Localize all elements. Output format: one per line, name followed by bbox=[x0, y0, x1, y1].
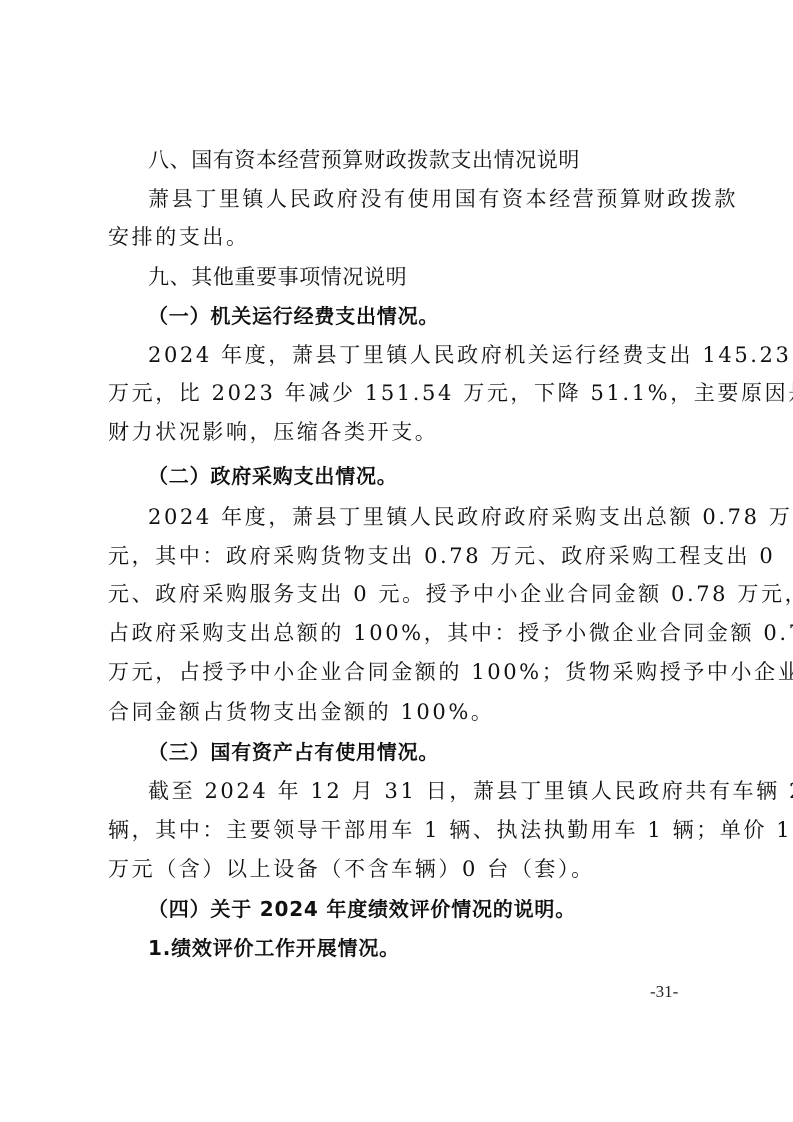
section-heading-8: 八、国有资本经营预算财政拨款支出情况说明 bbox=[148, 145, 738, 175]
page-number: -31- bbox=[650, 982, 678, 1002]
paragraph-line: 截至 2024 年 12 月 31 日，萧县丁里镇人民政府共有车辆 2 bbox=[148, 776, 738, 806]
section-heading-9: 九、其他重要事项情况说明 bbox=[148, 262, 738, 292]
paragraph-line: 安排的支出。 bbox=[108, 222, 698, 252]
paragraph-line: 萧县丁里镇人民政府没有使用国有资本经营预算财政拨款 bbox=[148, 184, 738, 214]
subsection-heading-1: （一）机关运行经费支出情况。 bbox=[148, 301, 738, 331]
paragraph-line: 元，其中：政府采购货物支出 0.78 万元、政府采购工程支出 0 bbox=[108, 541, 698, 571]
paragraph-line: 合同金额占货物支出金额的 100%。 bbox=[108, 697, 698, 727]
subsection-heading-2: （二）政府采购支出情况。 bbox=[148, 461, 738, 491]
document-page: 八、国有资本经营预算财政拨款支出情况说明 萧县丁里镇人民政府没有使用国有资本经营… bbox=[0, 0, 793, 1122]
paragraph-line: 财力状况影响，压缩各类开支。 bbox=[108, 417, 698, 447]
paragraph-line: 2024 年度，萧县丁里镇人民政府机关运行经费支出 145.23 bbox=[148, 340, 738, 370]
paragraph-line: 万元，占授予中小企业合同金额的 100%；货物采购授予中小企业 bbox=[108, 657, 698, 687]
paragraph-line: 元、政府采购服务支出 0 元。授予中小企业合同金额 0.78 万元， bbox=[108, 579, 698, 609]
numbered-heading-1: 1.绩效评价工作开展情况。 bbox=[148, 933, 738, 963]
paragraph-line: 占政府采购支出总额的 100%，其中：授予小微企业合同金额 0.78 bbox=[108, 618, 698, 648]
subsection-heading-4: （四）关于 2024 年度绩效评价情况的说明。 bbox=[148, 894, 738, 924]
paragraph-line: 辆，其中：主要领导干部用车 1 辆、执法执勤用车 1 辆；单价 100 bbox=[108, 815, 698, 845]
paragraph-line: 2024 年度，萧县丁里镇人民政府政府采购支出总额 0.78 万 bbox=[148, 502, 738, 532]
paragraph-line: 万元，比 2023 年减少 151.54 万元，下降 51.1%，主要原因是受 bbox=[108, 378, 698, 408]
paragraph-line: 万元（含）以上设备（不含车辆）0 台（套）。 bbox=[108, 854, 698, 884]
subsection-heading-3: （三）国有资产占有使用情况。 bbox=[148, 737, 738, 767]
